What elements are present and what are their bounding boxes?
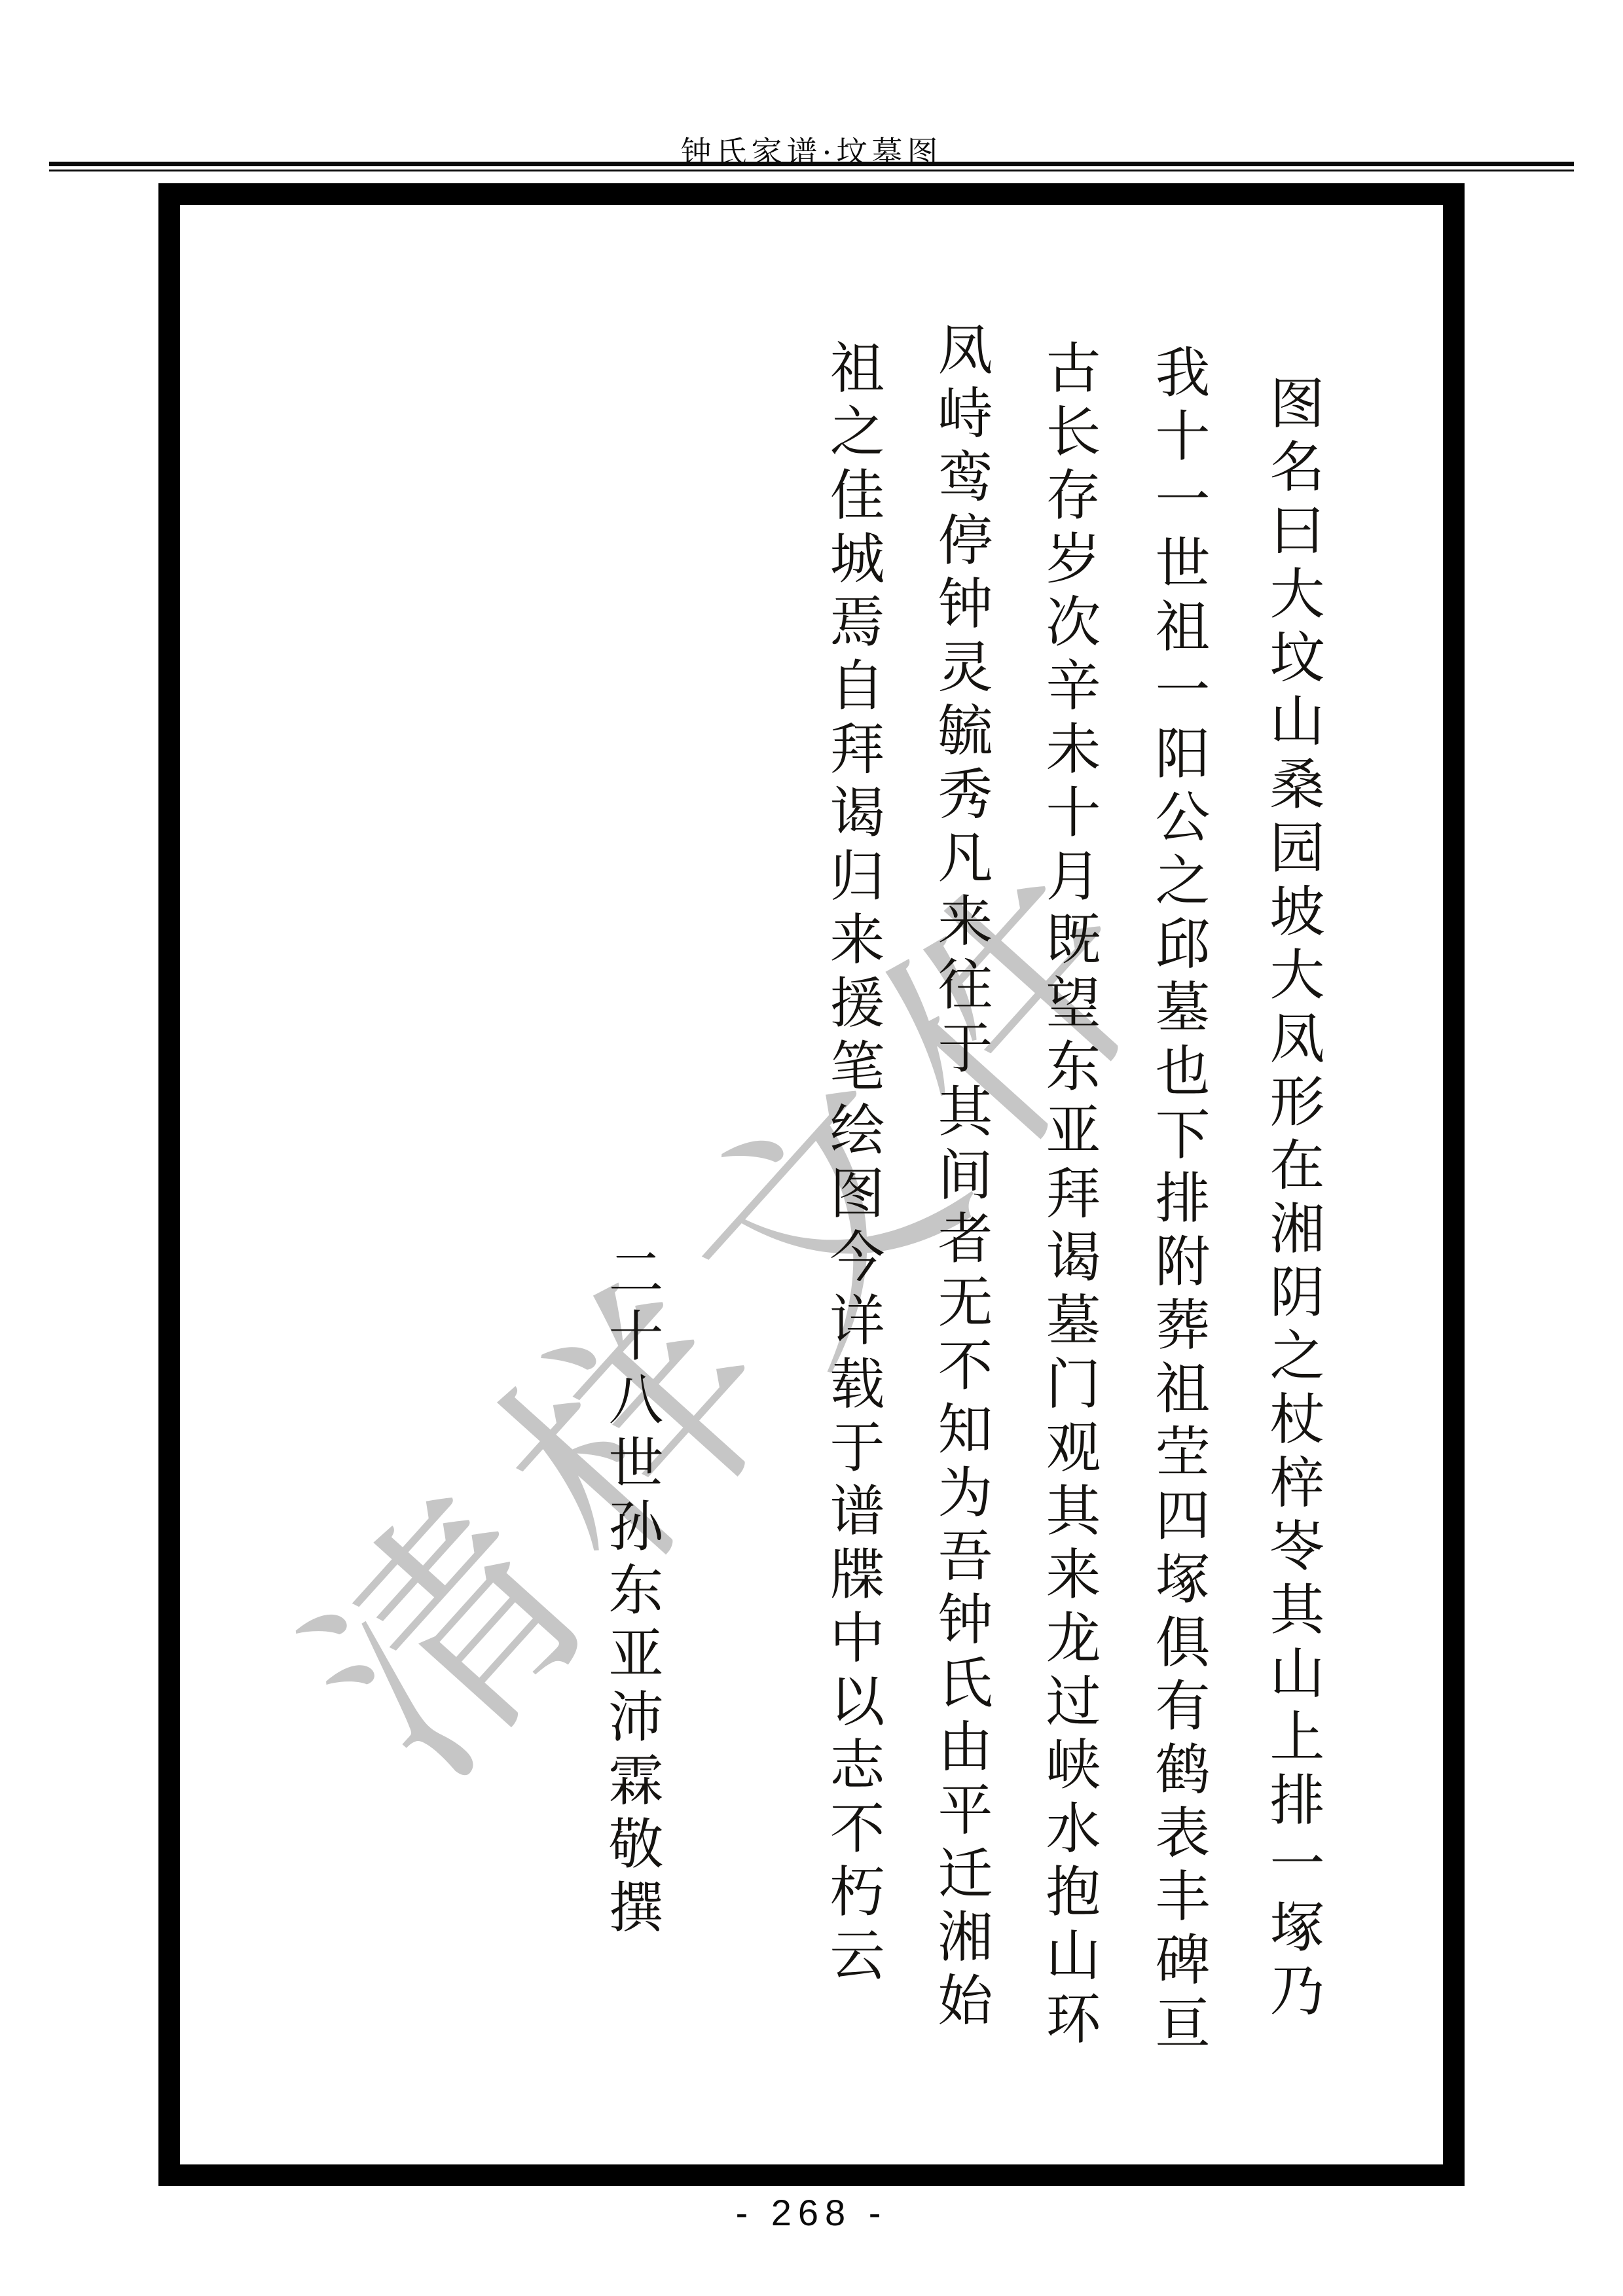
text-column-5: 祖之佳城焉自拜谒归来援笔绘图今详载于谱牒中以志不朽云 — [799, 339, 907, 1990]
text-column-1: 图名曰大坟山桑园坡大凤形在湘阴之杖梓岺其山上排一塚乃 — [1239, 374, 1347, 2025]
text-column-2: 我十一世祖一阳公之邱墓也下排附葬祖茔四塚俱有鹤表丰碑亘 — [1124, 344, 1233, 2058]
signature-column: 二十八世孙东亚沛霖敬撰 — [577, 1244, 686, 1942]
text-column-3: 古长存岁次辛未十月既望东亚拜谒墓门观其来龙过峡水抱山环 — [1015, 339, 1123, 2053]
page-number: - 268 - — [0, 2191, 1623, 2234]
text-column-4: 凤峙鸾停钟灵毓秀凡来往于其间者无不知为吾钟氏由平迁湘始 — [907, 321, 1015, 2035]
header-rule — [49, 162, 1574, 171]
